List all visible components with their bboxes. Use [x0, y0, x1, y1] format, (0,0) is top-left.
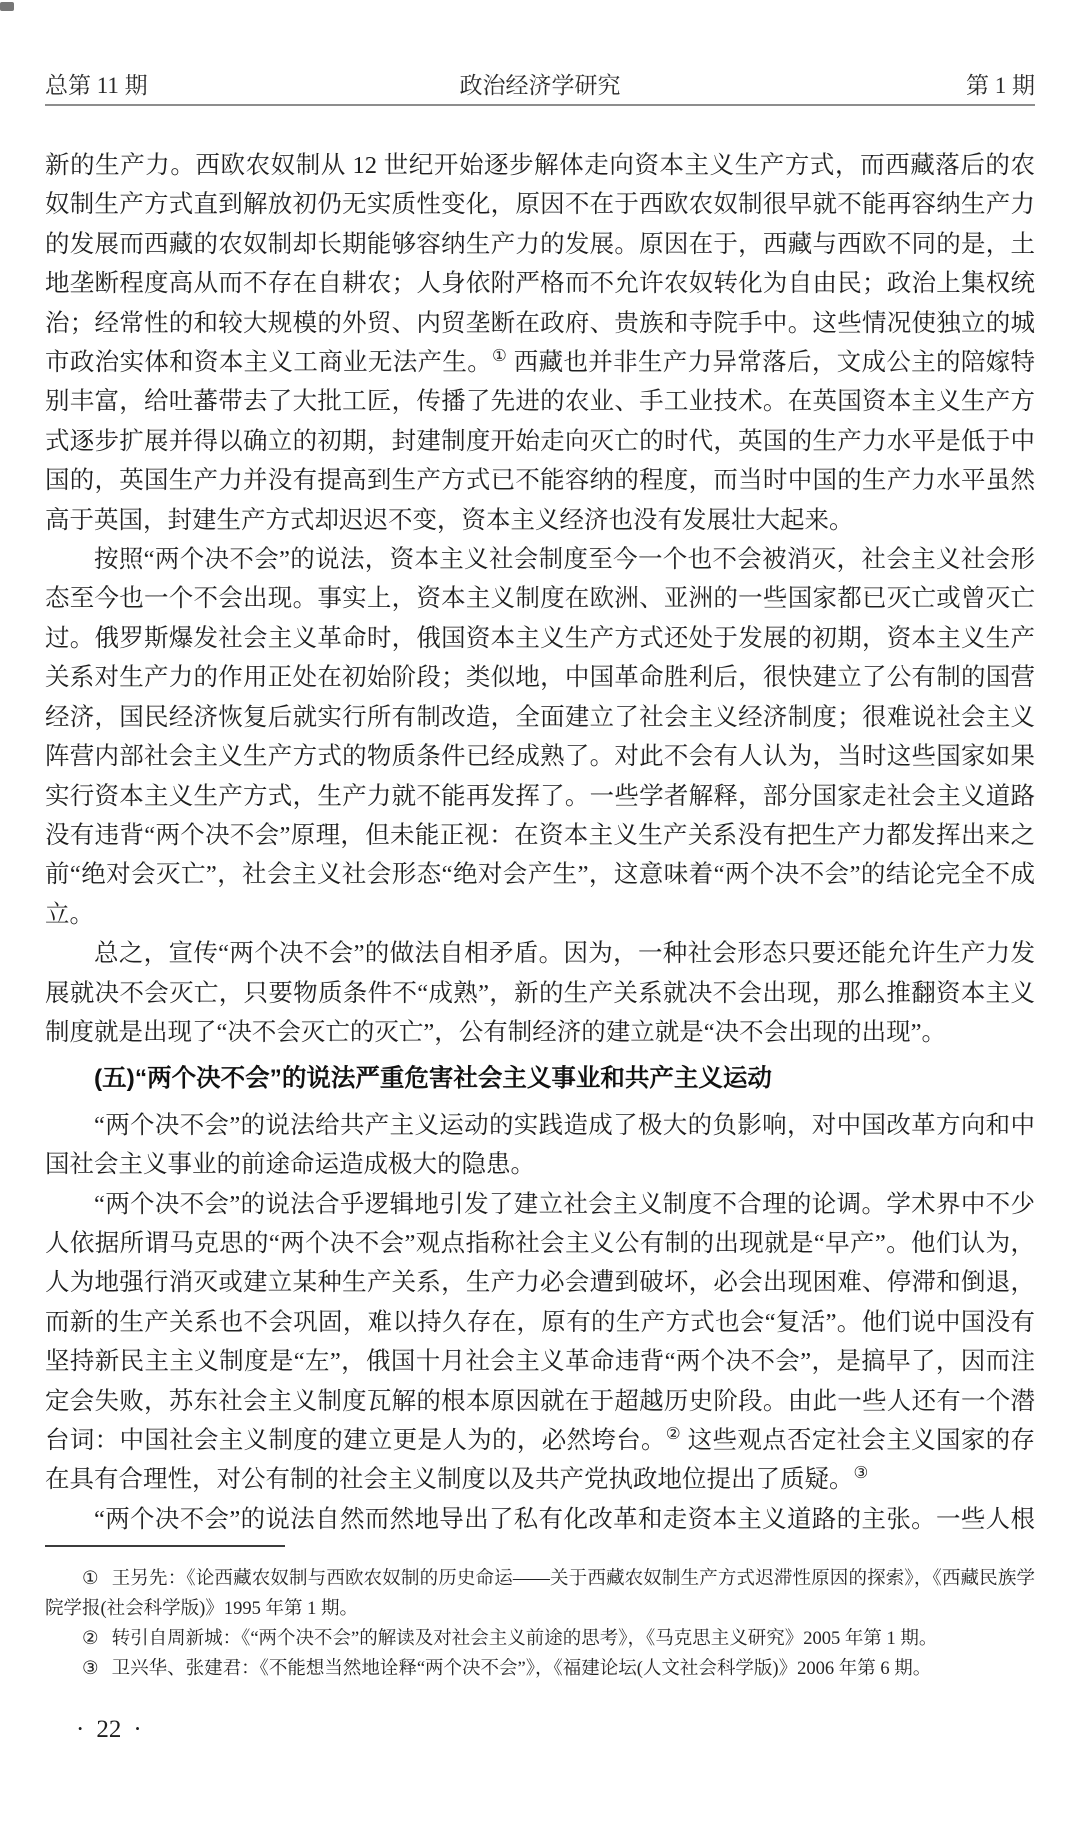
journal-page: 总第 11 期 政治经济学研究 第 1 期 新的生产力。西欧农奴制从 12 世纪…: [0, 0, 1080, 1847]
paragraph-text: “两个决不会”的说法给共产主义运动的实践造成了极大的负影响，对中国改革方向和中国…: [45, 1112, 1035, 1178]
footnote-marker-3: ③: [82, 1659, 112, 1679]
body-paragraph-3: 总之，宣传“两个决不会”的做法自相矛盾。因为，一种社会形态只要还能允许生产力发展…: [45, 934, 1035, 1052]
page-header: 总第 11 期 政治经济学研究 第 1 期: [45, 64, 1035, 100]
scan-artifact: [0, 2, 14, 11]
footnote-1: ①王另先：《论西藏农奴制与西欧农奴制的历史命运——关于西藏农奴制生产方式迟滞性原…: [45, 1564, 1035, 1624]
paragraph-text: 西藏也并非生产力异常落后，文成公主的陪嫁特别丰富，给吐蕃带去了大批工匠，传播了先…: [45, 349, 1035, 534]
paragraph-text: 按照“两个决不会”的说法，资本主义社会制度至今一个也不会被消灭，社会主义社会形态…: [45, 546, 1035, 928]
footnote-ref-3: ③: [854, 1463, 869, 1482]
journal-title: 政治经济学研究: [460, 67, 621, 100]
footnote-marker-2: ②: [82, 1629, 112, 1649]
footnotes-section: ①王另先：《论西藏农奴制与西欧农奴制的历史命运——关于西藏农奴制生产方式迟滞性原…: [45, 1545, 1035, 1684]
footnote-divider: [45, 1545, 285, 1547]
paragraph-text: 总之，宣传“两个决不会”的做法自相矛盾。因为，一种社会形态只要还能允许生产力发展…: [45, 940, 1035, 1046]
body-paragraph-1: 新的生产力。西欧农奴制从 12 世纪开始逐步解体走向资本主义生产方式，而西藏落后…: [45, 146, 1035, 540]
page-number: ·22·: [76, 1716, 142, 1744]
footnote-2: ②转引自周新城：《“两个决不会”的解读及对社会主义前途的思考》，《马克思主义研究…: [45, 1624, 1035, 1654]
body-paragraph-4: “两个决不会”的说法给共产主义运动的实践造成了极大的负影响，对中国改革方向和中国…: [45, 1106, 1035, 1185]
body-paragraph-6: “两个决不会”的说法自然而然地导出了私有化改革和走资本主义道路的主张。一些人根据…: [45, 1500, 1035, 1544]
page-number-value: 22: [96, 1716, 121, 1743]
footnote-3: ③卫兴华、张建君：《不能想当然地诠释“两个决不会”》，《福建论坛(人文社会科学版…: [45, 1654, 1035, 1684]
footnote-text-1: 王另先：《论西藏农奴制与西欧农奴制的历史命运——关于西藏农奴制生产方式迟滞性原因…: [45, 1569, 1035, 1619]
paragraph-text: “两个决不会”的说法合乎逻辑地引发了建立社会主义制度不合理的论调。学术界中不少人…: [45, 1191, 1035, 1454]
cumulative-issue-label: 总第 11 期: [45, 67, 148, 100]
footnote-text-3: 卫兴华、张建君：《不能想当然地诠释“两个决不会”》，《福建论坛(人文社会科学版)…: [112, 1659, 932, 1679]
body-paragraph-2: 按照“两个决不会”的说法，资本主义社会制度至今一个也不会被消灭，社会主义社会形态…: [45, 540, 1035, 934]
body-paragraph-5: “两个决不会”的说法合乎逻辑地引发了建立社会主义制度不合理的论调。学术界中不少人…: [45, 1185, 1035, 1500]
page-number-dot-left: ·: [76, 1716, 84, 1743]
footnote-text-2: 转引自周新城：《“两个决不会”的解读及对社会主义前途的思考》，《马克思主义研究》…: [112, 1629, 938, 1649]
paragraph-text: 新的生产力。西欧农奴制从 12 世纪开始逐步解体走向资本主义生产方式，而西藏落后…: [45, 152, 1035, 376]
footnote-ref-1: ①: [492, 346, 507, 365]
article-body: 新的生产力。西欧农奴制从 12 世纪开始逐步解体走向资本主义生产方式，而西藏落后…: [45, 146, 1035, 1544]
paragraph-text: “两个决不会”的说法自然而然地导出了私有化改革和走资本主义道路的主张。一些人根据…: [45, 1506, 1035, 1544]
page-number-dot-right: ·: [133, 1716, 141, 1743]
footnote-marker-1: ①: [82, 1569, 112, 1589]
header-divider: [45, 104, 1035, 106]
footnote-ref-2: ②: [666, 1424, 681, 1443]
section-heading: (五)“两个决不会”的说法严重危害社会主义事业和共产主义运动: [45, 1059, 1035, 1098]
issue-number-label: 第 1 期: [966, 67, 1035, 100]
